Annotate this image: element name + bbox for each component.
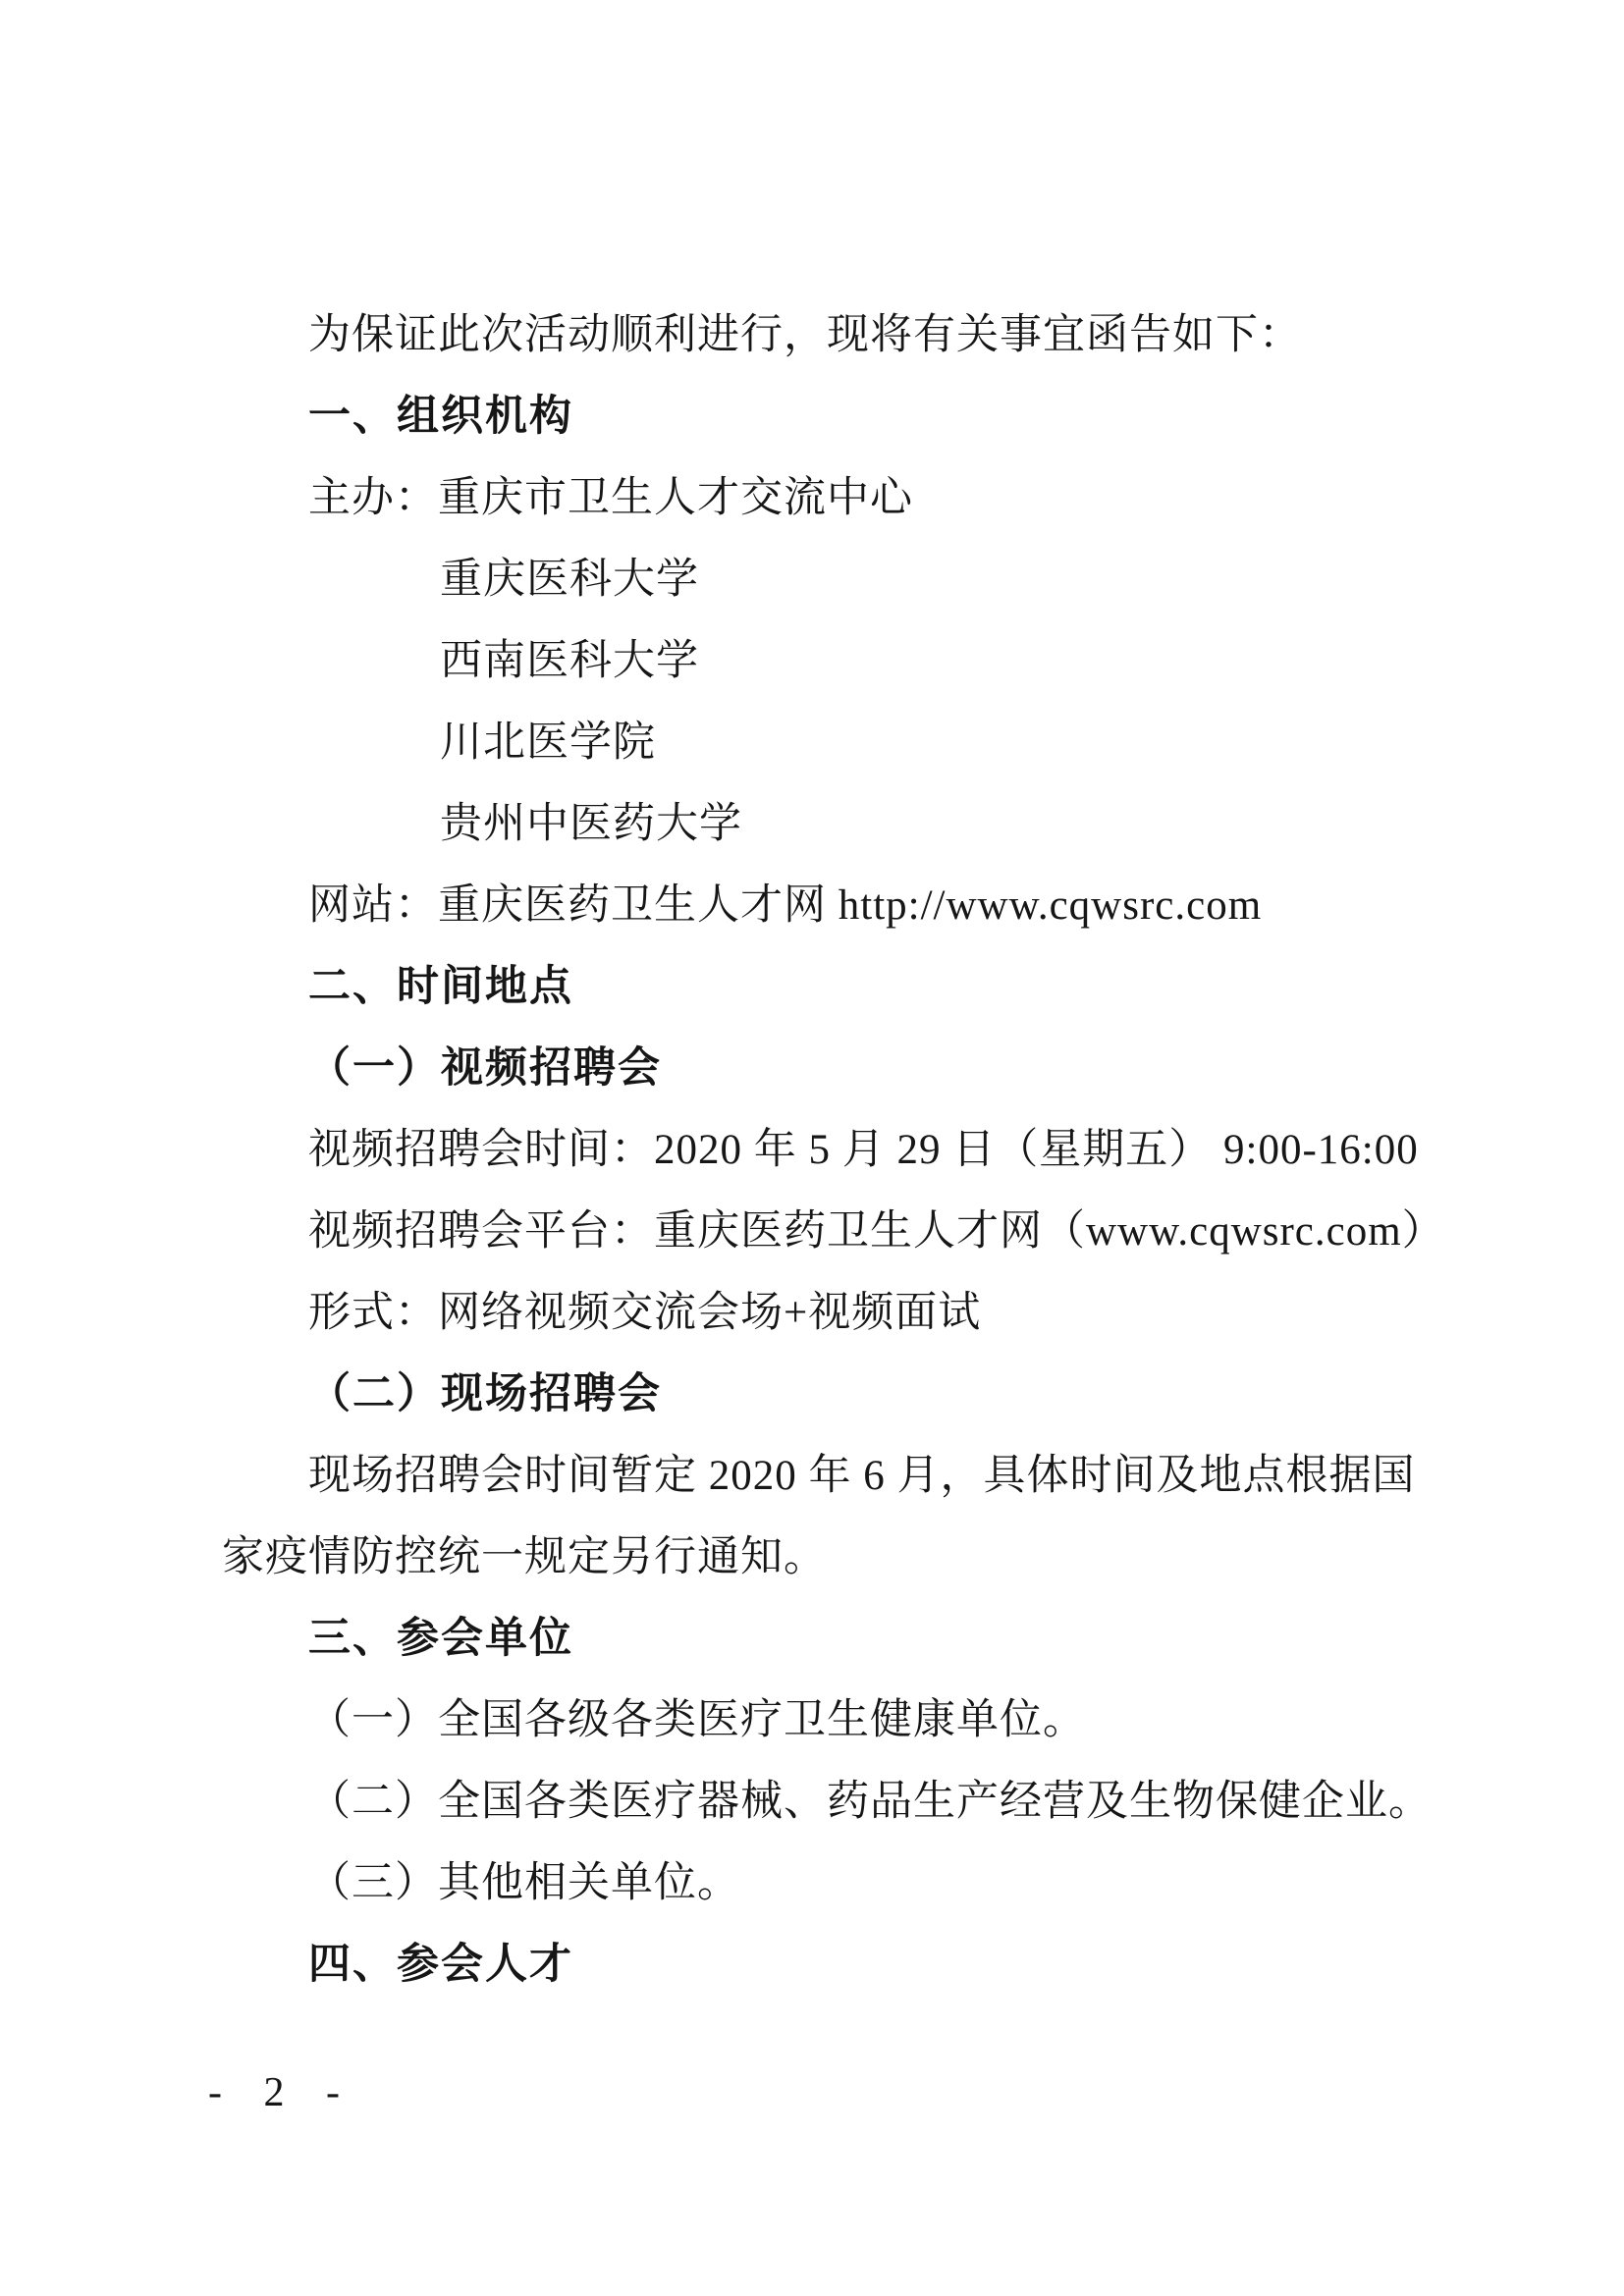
page-background: 为保证此次活动顺利进行，现将有关事宜函告如下： 一、组织机构 主办：重庆市卫生人…	[0, 0, 1624, 2296]
website-line: 网站：重庆医药卫生人才网 http://www.cqwsrc.com	[222, 865, 1469, 946]
organizer-item-2: 西南医科大学	[222, 620, 1469, 702]
page-number: - 2 -	[208, 2069, 355, 2116]
organizer-label-line: 主办：重庆市卫生人才交流中心	[222, 457, 1469, 539]
participating-unit-item-1: （一）全国各级各类医疗卫生健康单位。	[222, 1680, 1469, 1761]
onsite-fair-paragraph-line-1: 现场招聘会时间暂定 2020 年 6 月，具体时间及地点根据国	[222, 1435, 1469, 1517]
video-fair-format-line: 形式：网络视频交流会场+视频面试	[222, 1272, 1469, 1354]
onsite-fair-paragraph-line-2: 家疫情防控统一规定另行通知。	[222, 1517, 1469, 1598]
heading-section-4: 四、参会人才	[222, 1924, 1469, 2005]
intro-paragraph: 为保证此次活动顺利进行，现将有关事宜函告如下：	[222, 294, 1469, 376]
heading-section-3: 三、参会单位	[222, 1598, 1469, 1680]
video-fair-time-line: 视频招聘会时间：2020 年 5 月 29 日（星期五） 9:00-16:00	[222, 1109, 1469, 1191]
video-fair-platform-line: 视频招聘会平台：重庆医药卫生人才网（www.cqwsrc.com）	[222, 1191, 1469, 1272]
heading-section-1: 一、组织机构	[222, 376, 1469, 457]
organizer-item-4: 贵州中医药大学	[222, 783, 1469, 865]
heading-video-fair: （一）视频招聘会	[222, 1028, 1469, 1109]
organizer-item-1: 重庆医科大学	[222, 539, 1469, 620]
participating-unit-item-3: （三）其他相关单位。	[222, 1842, 1469, 1924]
scanned-document-page: { "page": { "page_number": "- 2 -" }, "d…	[0, 0, 1624, 2296]
heading-onsite-fair: （二）现场招聘会	[222, 1354, 1469, 1435]
participating-unit-item-2: （二）全国各类医疗器械、药品生产经营及生物保健企业。	[222, 1761, 1469, 1842]
document-body: 为保证此次活动顺利进行，现将有关事宜函告如下： 一、组织机构 主办：重庆市卫生人…	[222, 294, 1469, 2005]
heading-section-2: 二、时间地点	[222, 946, 1469, 1028]
organizer-item-3: 川北医学院	[222, 702, 1469, 783]
